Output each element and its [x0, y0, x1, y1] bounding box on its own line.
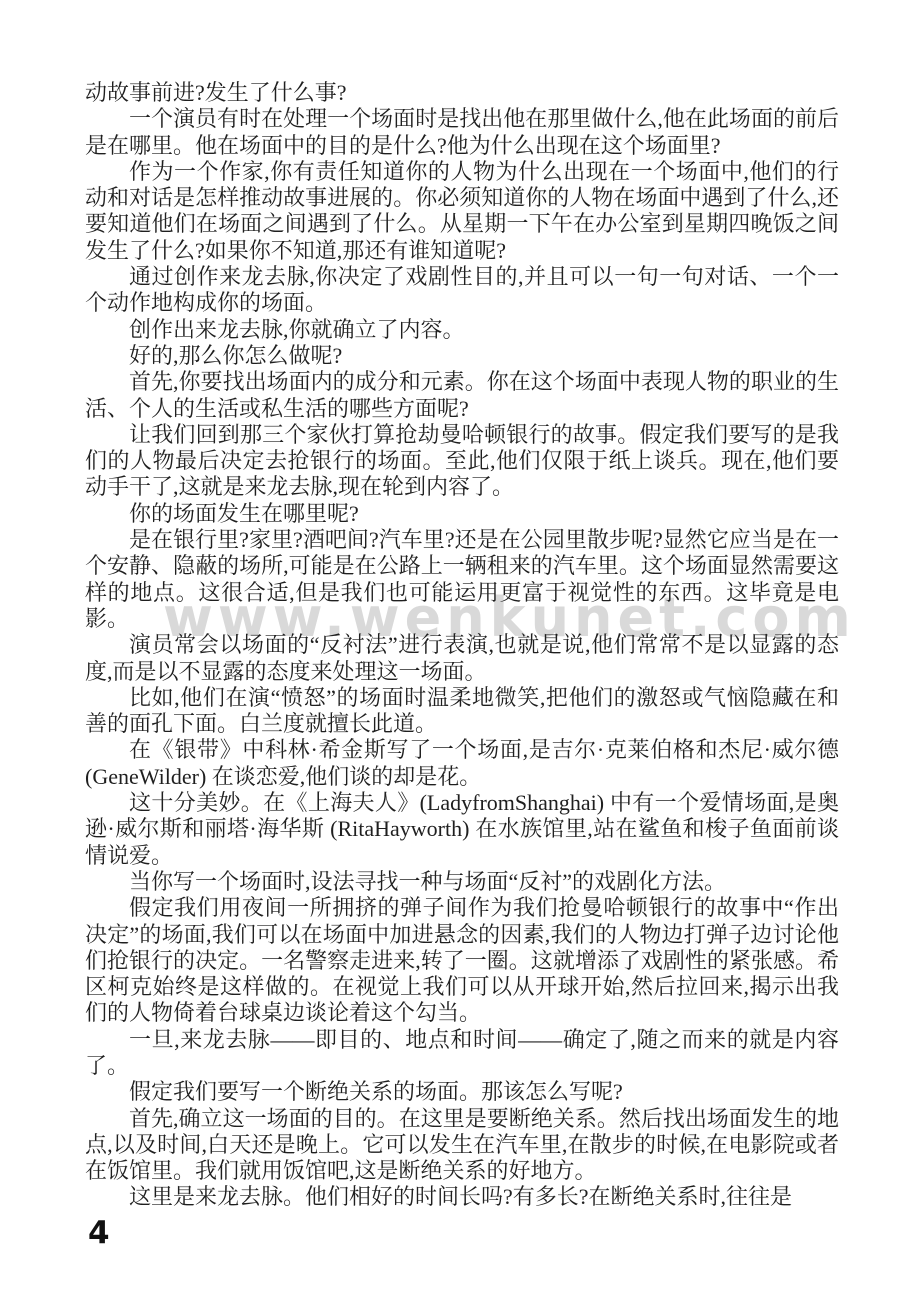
- paragraph: 作为一个作家,你有责任知道你的人物为什么出现在一个场面中,他们的行动和对话是怎样…: [85, 159, 839, 264]
- paragraph: 一个演员有时在处理一个场面时是找出他在那里做什么,他在此场面的前后是在哪里。他在…: [85, 106, 839, 159]
- paragraph: 假定我们用夜间一所拥挤的弹子间作为我们抢曼哈顿银行的故事中“作出决定”的场面,我…: [85, 895, 839, 1026]
- paragraph: 动故事前进?发生了什么事?: [85, 80, 839, 106]
- paragraph: 演员常会以场面的“反衬法”进行表演,也就是说,他们常常不是以显露的态度,而是以不…: [85, 632, 839, 685]
- paragraph: 假定我们要写一个断绝关系的场面。那该怎么写呢?: [85, 1079, 839, 1105]
- paragraph: 创作出来龙去脉,你就确立了内容。: [85, 317, 839, 343]
- paragraph: 首先,你要找出场面内的成分和元素。你在这个场面中表现人物的职业的生活、个人的生活…: [85, 369, 839, 422]
- body-text: 动故事前进?发生了什么事?一个演员有时在处理一个场面时是找出他在那里做什么,他在…: [85, 80, 839, 1211]
- paragraph: 首先,确立这一场面的目的。在这里是要断绝关系。然后找出场面发生的地点,以及时间,…: [85, 1106, 839, 1185]
- paragraph: 好的,那么你怎么做呢?: [85, 343, 839, 369]
- page-number: 4: [88, 1215, 110, 1251]
- paragraph: 让我们回到那三个家伙打算抢劫曼哈顿银行的故事。假定我们要写的是我们的人物最后决定…: [85, 422, 839, 501]
- paragraph: 这里是来龙去脉。他们相好的时间长吗?有多长?在断绝关系时,往往是: [85, 1184, 839, 1210]
- paragraph: 比如,他们在演“愤怒”的场面时温柔地微笑,把他们的激怒或气恼隐藏在和善的面孔下面…: [85, 685, 839, 738]
- paragraph: 通过创作来龙去脉,你决定了戏剧性目的,并且可以一句一句对话、一个一个动作地构成你…: [85, 264, 839, 317]
- paragraph: 这十分美妙。在《上海夫人》(LadyfromShanghai) 中有一个爱情场面…: [85, 790, 839, 869]
- paragraph: 在《银带》中科林·希金斯写了一个场面,是吉尔·克莱伯格和杰尼·威尔德 (Gene…: [85, 737, 839, 790]
- paragraph: 是在银行里?家里?酒吧间?汽车里?还是在公园里散步呢?显然它应当是在一个安静、隐…: [85, 527, 839, 632]
- paragraph: 当你写一个场面时,设法寻找一种与场面“反衬”的戏剧化方法。: [85, 869, 839, 895]
- paragraph: 你的场面发生在哪里呢?: [85, 501, 839, 527]
- paragraph: 一旦,来龙去脉——即目的、地点和时间——确定了,随之而来的就是内容了。: [85, 1027, 839, 1080]
- document-page: www.wenkunet.com 动故事前进?发生了什么事?一个演员有时在处理一…: [0, 0, 920, 1302]
